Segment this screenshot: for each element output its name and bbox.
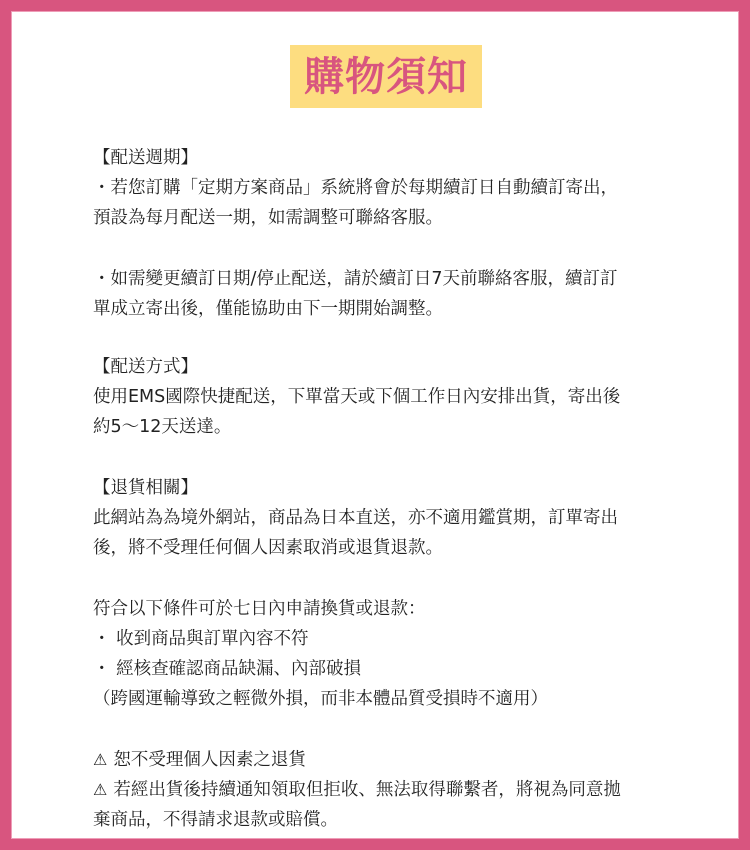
delivery-cycle-text-2: 預設為每月配送一期，如需調整可聯絡客服。	[93, 203, 693, 233]
warning-continuation: 棄商品，不得請求退款或賠償。	[93, 805, 693, 835]
delivery-cycle-text-3: ・如需變更續訂日期/停止配送，請於續訂日7天前聯絡客服，續訂訂	[93, 264, 693, 294]
delivery-method-text-2: 約5～12天送達。	[93, 412, 693, 442]
return-condition-note: （跨國運輸導致之輕微外損，而非本體品質受損時不適用）	[93, 684, 693, 714]
page-frame: 購物須知 【配送週期】 ・若您訂購「定期方案商品」系統將會於每期續訂日自動續訂寄…	[0, 0, 750, 850]
warning-item: ⚠若經出貨後持續通知領取但拒收、無法取得聯繫者，將視為同意拋	[93, 775, 693, 805]
returns-text-2: 後，將不受理任何個人因素取消或退貨退款。	[93, 533, 693, 563]
return-condition-item: ・ 經核查確認商品缺漏、內部破損	[93, 654, 693, 684]
warning-text: 若經出貨後持續通知領取但拒收、無法取得聯繫者，將視為同意拋	[113, 780, 621, 800]
warning-icon: ⚠	[93, 775, 107, 805]
warning-text: 恕不受理個人因素之退貨	[113, 750, 306, 770]
delivery-method-text-1: 使用EMS國際快捷配送，下單當天或下個工作日內安排出貨，寄出後	[93, 382, 693, 412]
section-heading-delivery-cycle: 【配送週期】	[93, 143, 693, 173]
return-conditions-intro: 符合以下條件可於七日內申請換貨或退款：	[93, 594, 693, 624]
delivery-cycle-text-1: ・若您訂購「定期方案商品」系統將會於每期續訂日自動續訂寄出，	[93, 173, 693, 203]
title-banner: 購物須知	[290, 45, 482, 108]
returns-text-1: 此網站為為境外網站，商品為日本直送，亦不適用鑑賞期，訂單寄出	[93, 503, 693, 533]
return-condition-item: ・ 收到商品與訂單內容不符	[93, 624, 693, 654]
section-heading-delivery-method: 【配送方式】	[93, 352, 693, 382]
warning-item: ⚠恕不受理個人因素之退貨	[93, 745, 693, 775]
shopping-notice-content: 【配送週期】 ・若您訂購「定期方案商品」系統將會於每期續訂日自動續訂寄出， 預設…	[93, 143, 693, 835]
warning-icon: ⚠	[93, 745, 107, 775]
section-heading-returns: 【退貨相關】	[93, 473, 693, 503]
delivery-cycle-text-4: 單成立寄出後，僅能協助由下一期開始調整。	[93, 294, 693, 324]
page-title: 購物須知	[304, 57, 468, 97]
